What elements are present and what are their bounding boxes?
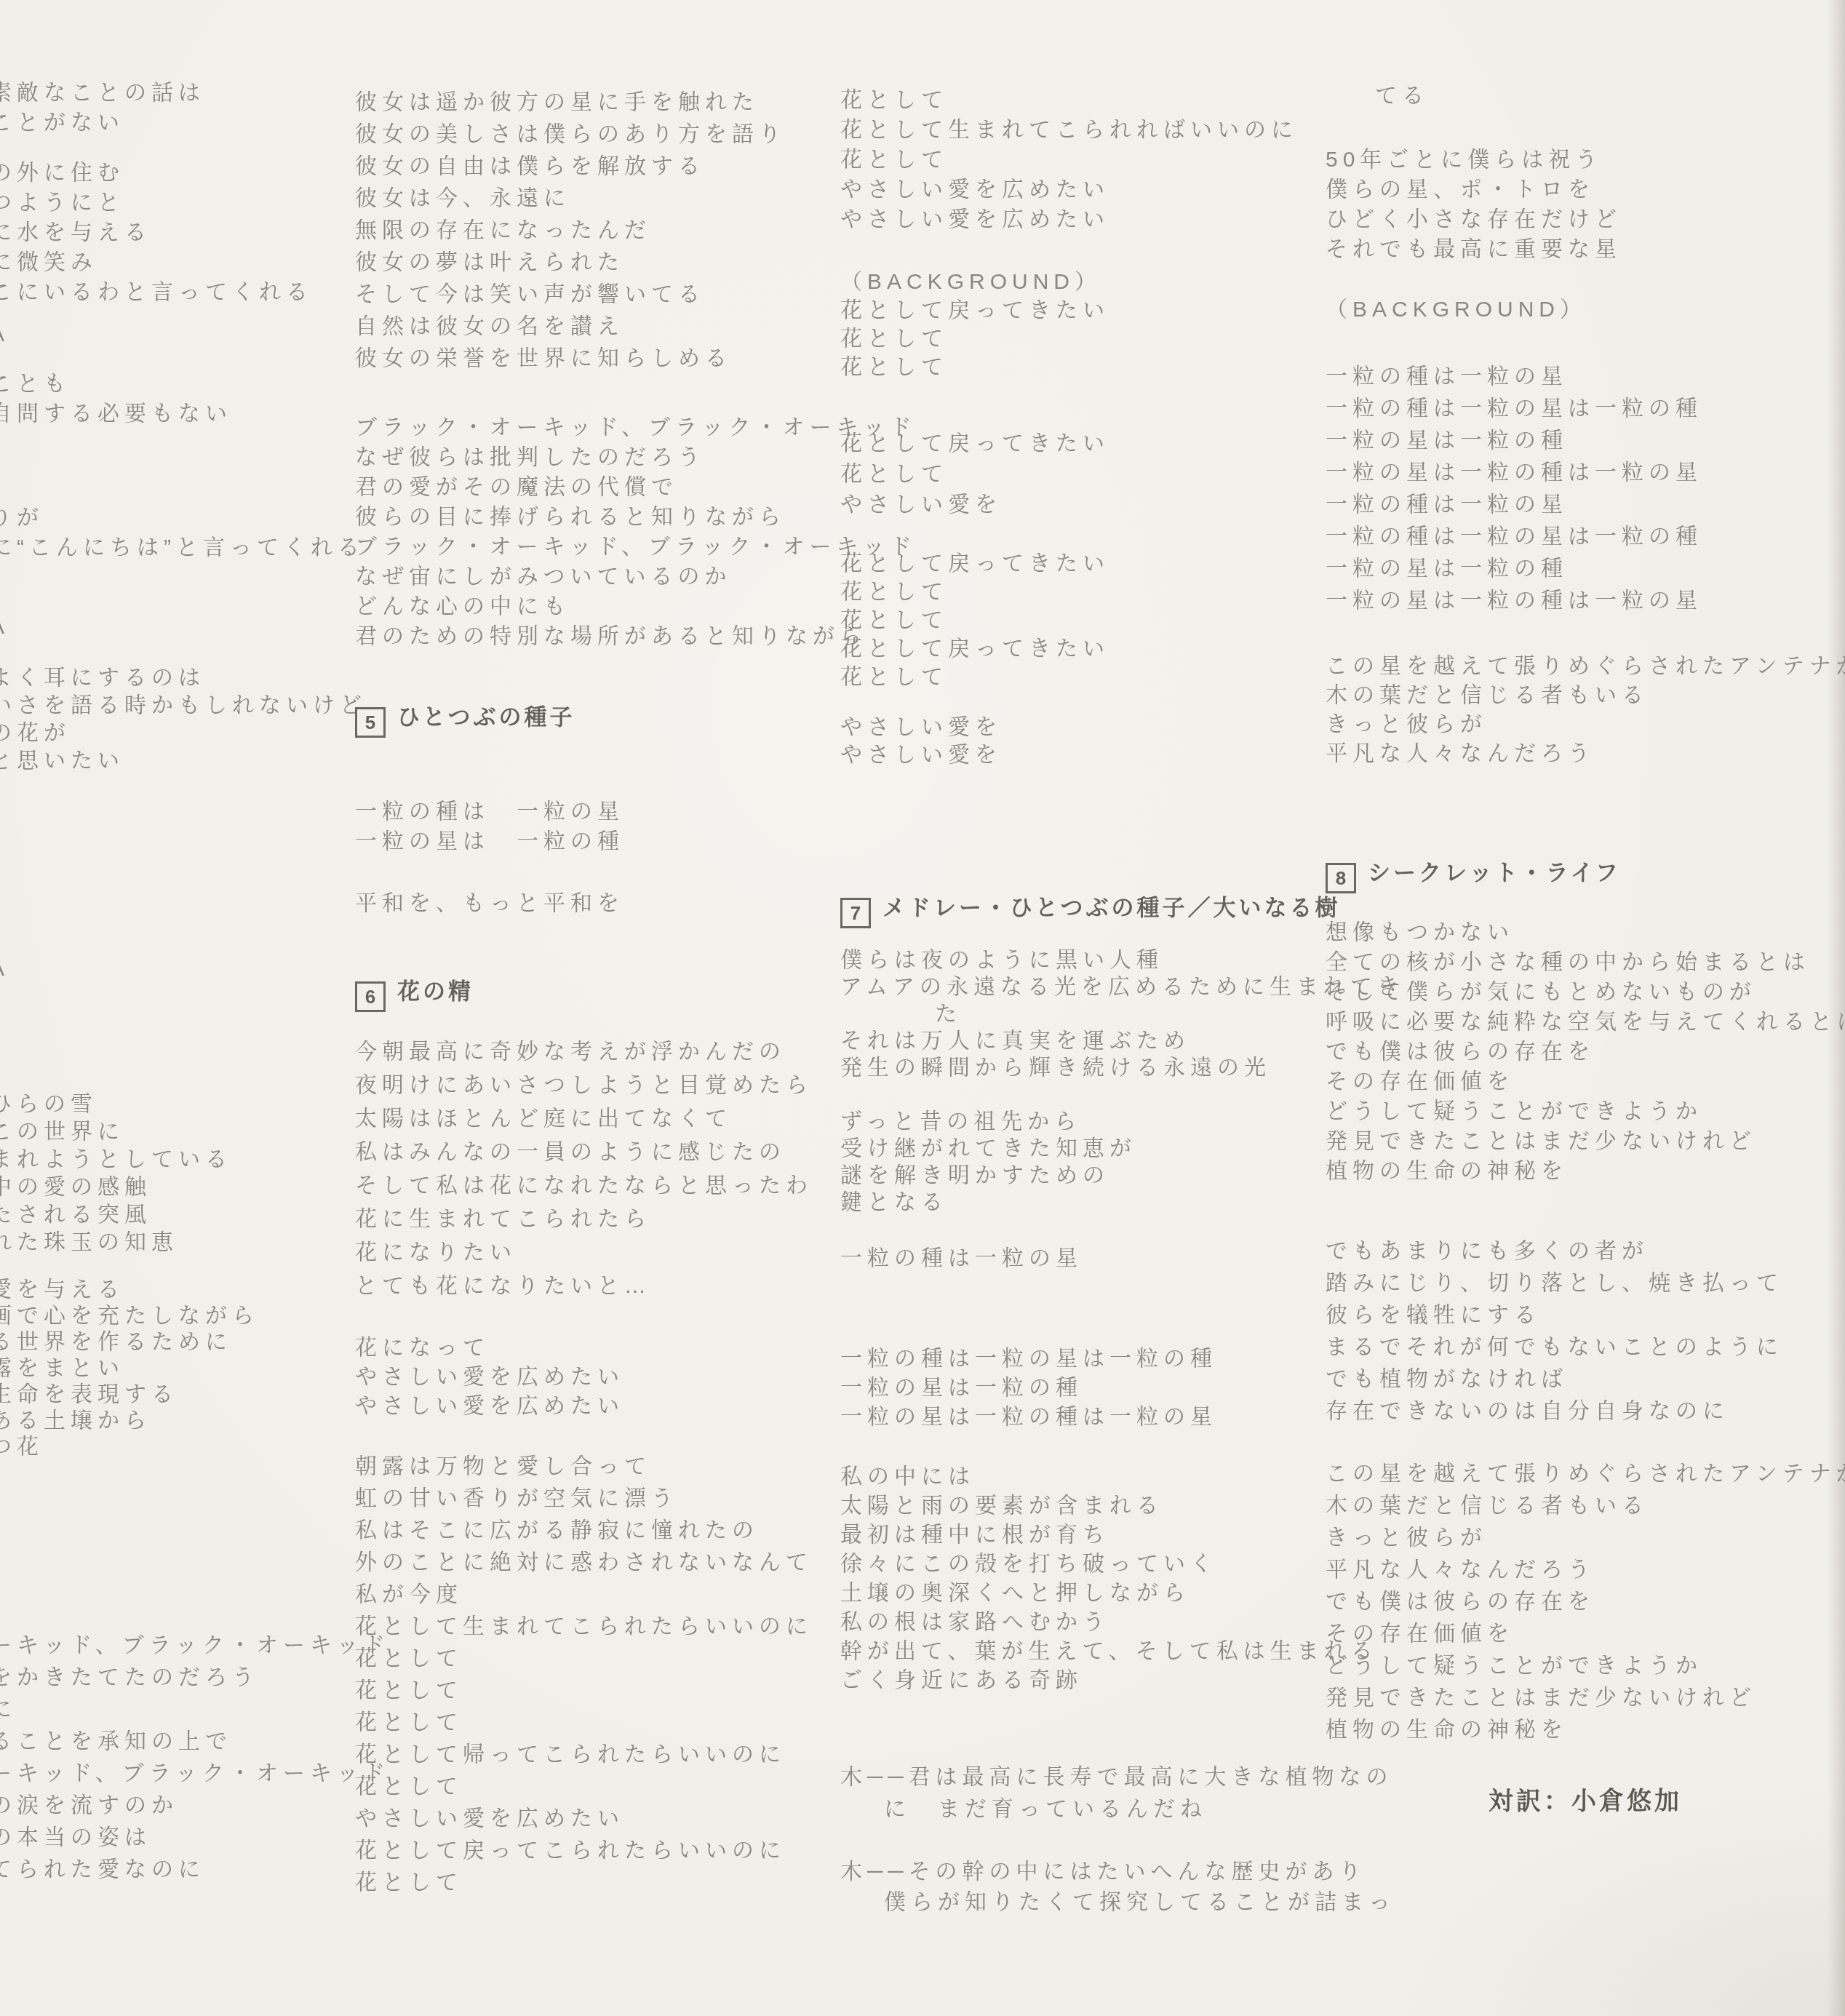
lyric-line: 一粒の星は 一粒の種 [355,827,624,856]
lyric-line: 木──君は最高に長寿で最高に大きな植物なの [840,1763,1393,1792]
lyric-line: 自然は彼女の名を讃え [355,312,624,341]
lyric-line: どうして疑うことができようか [1326,1097,1702,1126]
lyric-line: まれようとしている [0,1145,232,1174]
lyric-line: 一粒の種は一粒の星 [1326,490,1568,519]
lyric-line: に“こんにちは”と言ってくれる [0,533,364,562]
lyric-line: それは万人に真実を運ぶため [840,1027,1190,1056]
lyric-line: 植物の生命の神秘を [1326,1157,1568,1186]
lyric-line: 一粒の星は一粒の種 [1326,426,1568,455]
lyric-line: でも僕は彼らの存在を [1326,1587,1595,1617]
lyric-line: 木の葉だと信じる者もいる [1326,1491,1649,1521]
lyric-line: いさを語る時かもしれないけど [0,691,367,720]
lyric-line: をかきたてたのだろう [0,1663,259,1692]
lyric-line: この世界に [0,1117,124,1147]
lyric-line: やさしい愛を広めたい [840,205,1109,234]
lyric-line: 花として [355,1772,463,1801]
lyric-line: る世界を作るために [0,1328,232,1357]
lyric-line: たされる突風 [0,1200,151,1230]
lyric-line: 発見できたことはまだ少ないけれど [1326,1127,1756,1156]
lyric-line: 夜明けにあいさつしようと目覚めたら [355,1071,813,1100]
lyric-line: よく耳にするのは [0,664,205,693]
lyric-line: 受け継がれてきた知恵が [840,1134,1136,1163]
track-title: 5ひとつぶの種子 [355,703,575,738]
lyric-line: ブラック・オーキッド、ブラック・オーキッド [355,413,917,442]
lyric-line: ーキッド、ブラック・オーキッド [0,1631,391,1660]
lyric-line: 僕らは夜のように黒い人種 [840,946,1163,975]
lyric-line: に [0,1695,17,1724]
track-title-text: ひとつぶの種子 [397,704,575,730]
lyric-line: ることを承知の上で [0,1727,232,1756]
lyric-line: ある土壌から [0,1406,151,1435]
lyric-line: ずっと昔の祖先から [840,1107,1081,1136]
lyric-line: 彼女は今、永遠に [355,184,570,213]
lyric-line: 僕らが知りたくて探究してることが詰まっ [840,1888,1395,1917]
lyric-line: 花になって [355,1334,490,1363]
lyric-line: やさしい愛を広めたい [355,1804,624,1833]
lyric-line: 今朝最高に奇妙な考えが浮かんだの [355,1037,786,1067]
lyric-line: きっと彼らが [1326,710,1487,739]
lyric-line: とても花になりたいと… [355,1272,651,1301]
lyric-line: 彼らを犠牲にする [1326,1301,1541,1330]
lyric-line: やさしい愛を [840,713,1002,742]
lyric-line: 私はみんなの一員のように感じたの [355,1138,786,1167]
lyric-line: そして今は笑い声が響いてる [355,280,705,309]
track-title-text: 花の精 [397,979,474,1004]
lyric-line: 花として [840,578,948,607]
lyric-line: どんな心の中にも [355,592,570,621]
lyric-line: 謎を解き明かすための [840,1161,1109,1190]
lyric-line: 花として [355,1644,463,1673]
lyric-line: 花として [840,460,948,489]
lyric-line: 一粒の星は一粒の種は一粒の星 [840,1403,1217,1432]
column-3: 花として花として生まれてこられればいいのに花としてやさしい愛を広めたいやさしい愛… [840,0,1320,2016]
lyric-line: れた珠玉の知恵 [0,1228,178,1257]
lyric-line: A [0,320,9,349]
lyric-line: の花が [0,719,71,748]
lyric-line: ひらの雪 [0,1090,97,1119]
track-title: 6花の精 [355,977,474,1012]
lyric-line: ことも [0,370,71,399]
lyric-line: 花として [840,606,948,635]
lyric-line: 幹が出て、葉が生えて、そして私は生まれる [840,1637,1378,1666]
lyric-line: この星を越えて張りめぐらされたアンテナが [1326,1459,1845,1489]
lyric-line: 私の中には [840,1462,975,1491]
lyric-line: 発生の瞬間から輝き続ける永遠の光 [840,1053,1271,1083]
lyric-line: 君の愛がその魔法の代償で [355,473,678,502]
column-2: 彼女は遥か彼方の星に手を触れた彼女の美しさは僕らのあり方を語り彼女の自由は僕らを… [355,0,835,2016]
lyric-line: てる [1326,81,1429,111]
lyric-line: 自問する必要もない [0,399,232,429]
lyric-line: 花として [355,1708,463,1737]
lyric-line: やさしい愛を広めたい [355,1392,624,1421]
lyric-line: A [0,955,9,984]
lyric-line: 画で心を充たしながら [0,1302,259,1331]
lyric-line: 50年ごとに僕らは祝う [1326,146,1602,175]
lyric-line: 無限の存在になったんだ [355,216,651,245]
lyric-line: そして私は花になれたならと思ったわ [355,1171,813,1200]
lyric-line: でも植物がなければ [1326,1365,1568,1394]
track-title-text: シークレット・ライフ [1368,860,1621,885]
lyric-line: 想像もつかない [1326,918,1514,947]
lyric-line: 一粒の種は一粒の星は一粒の種 [1326,522,1702,551]
column-4: てる50年ごとに僕らは祝う僕らの星、ポ・トロをひどく小さな存在だけどそれでも最高… [1326,0,1835,2016]
lyric-line: 彼女は遥か彼方の星に手を触れた [355,88,759,117]
lyric-line: 私が今度 [355,1580,463,1609]
lyric-line: まるでそれが何でもないことのように [1326,1333,1783,1362]
lyric-line: 平凡な人々なんだろう [1326,739,1595,768]
track-number-box: 5 [355,707,386,738]
lyric-line: に まだ育っているんだね [840,1795,1207,1824]
lyric-line: ひどく小さな存在だけど [1326,205,1622,234]
lyric-line: 土壌の奥深くへと押しながら [840,1579,1190,1608]
lyric-line: 彼女の夢は叶えられた [355,248,624,277]
lyric-line: 素敵なことの話は [0,79,205,108]
lyric-line: なぜ宙にしがみついているのか [355,562,731,591]
lyric-line: でも僕は彼らの存在を [1326,1037,1595,1067]
lyric-line: 私の根は家路へむかう [840,1608,1109,1637]
lyric-line: 植物の生命の神秘を [1326,1716,1568,1745]
lyric-line: 徐々にこの殻を打ち破っていく [840,1550,1217,1579]
lyric-line: 露をまとい [0,1354,124,1383]
column-1-cropped: 素敵なことの話はことがないの外に住むつようにとに水を与えるに微笑みこにいるわと言… [0,0,339,2016]
lyric-line: 僕らの星、ポ・トロを [1326,175,1595,204]
lyric-line: 一粒の種は一粒の星は一粒の種 [1326,394,1702,423]
lyric-line: 一粒の種は 一粒の星 [355,797,624,826]
lyric-line: やさしい愛を [840,741,1002,770]
lyric-line: 花として戻ってきたい [840,296,1109,325]
lyric-line: に微笑み [0,248,97,277]
lyric-line: きっと彼らが [1326,1523,1487,1553]
lyric-line: 一粒の種は一粒の星 [1326,362,1568,391]
lyric-line: それでも最高に重要な星 [1326,235,1622,264]
lyric-line: 花に生まれてこられたら [355,1205,651,1234]
lyric-line: 太陽と雨の要素が含まれる [840,1491,1163,1521]
track-number-box: 7 [840,898,871,928]
lyric-line: 平凡な人々なんだろう [1326,1555,1595,1585]
lyric-line: 一粒の星は一粒の種 [1326,554,1568,583]
lyric-line: やさしい愛を [840,490,1002,519]
lyric-line: 彼女の自由は僕らを解放する [355,152,705,181]
lyric-line: 花として [840,353,948,382]
lyric-line: アムアの永遠なる光を広めるために生まれてき [840,973,1404,1002]
lyric-line: ブラック・オーキッド、ブラック・オーキッド [355,533,917,562]
lyric-line: その存在価値を [1326,1067,1514,1096]
lyric-line: てられた愛なのに [0,1855,205,1884]
lyric-line: つようにと [0,188,124,218]
track-title-text: メドレー・ひとつぶの種子／大いなる樹 [882,895,1340,920]
lyric-line: 花として [840,663,948,692]
lyric-line: ーキッド、ブラック・オーキッド [0,1759,391,1788]
lyric-line: 花になりたい [355,1238,517,1267]
lyrics-canvas: 対訳：小倉悠加 素敵なことの話はことがないの外に住むつようにとに水を与えるに微笑… [0,0,1845,2016]
lyric-line: りが [0,503,44,533]
lyric-line: た [840,1000,962,1029]
lyric-line: 花として戻ってきたい [840,549,1109,578]
lyric-line: 中の愛の感触 [0,1173,151,1202]
lyric-line: 花として [355,1868,463,1897]
lyric-line: 彼女の美しさは僕らのあり方を語り [355,120,786,149]
lyric-line: 踏みにじり、切り落とし、焼き払って [1326,1269,1783,1298]
lyric-line: 花として戻ってきたい [840,634,1109,664]
track-title: 7メドレー・ひとつぶの種子／大いなる樹 [840,893,1340,928]
lyric-line: 花として戻ってきたい [840,429,1109,458]
lyric-line: に水を与える [0,218,151,247]
track-title: 8シークレット・ライフ [1326,858,1621,893]
lyric-line: ことがない [0,108,124,138]
lyric-line: なぜ彼らは批判したのだろう [355,443,705,472]
lyric-line: 一粒の種は一粒の星 [840,1244,1083,1273]
lyric-line: 私はそこに広がる静寂に憧れたの [355,1516,759,1545]
lyric-line: の本当の姿は [0,1823,151,1852]
lyric-line: 一粒の種は一粒の星は一粒の種 [840,1344,1217,1374]
lyric-line: の涙を流すのか [0,1791,178,1820]
lyric-line: こにいるわと言ってくれる [0,278,313,307]
lyric-line: 君のための特別な場所があると知りながら [355,622,866,651]
track-number-box: 6 [355,981,386,1012]
lyric-line: 花として [355,1676,463,1705]
lyric-line: 花として戻ってこられたらいいのに [355,1836,786,1865]
lyric-line: 生命を表現する [0,1380,178,1409]
lyric-line: 愛を与える [0,1275,124,1304]
lyric-line: 彼女の栄誉を世界に知らしめる [355,344,732,373]
lyric-line: （BACKGROUND） [1326,295,1587,324]
lyric-line: やさしい愛を広めたい [840,175,1109,204]
lyric-line: 存在できないのは自分自身なのに [1326,1397,1729,1426]
lyric-line: 全ての核が小さな種の中から始まるとは [1326,948,1810,977]
lyric-line: ごく身近にある奇跡 [840,1666,1083,1695]
lyric-line: 一粒の星は一粒の種 [840,1374,1083,1403]
lyric-line: 花として [840,324,948,354]
lyric-line: 呼吸に必要な純粋な空気を与えてくれるとは [1326,1008,1845,1037]
lyric-line: 花として生まれてこられればいいのに [840,116,1298,145]
lyric-line: 彼らの目に捧げられると知りながら [355,503,786,532]
lyric-line: 太陽はほとんど庭に出てなくて [355,1104,732,1133]
scanned-lyrics-page: { "page": { "width": 2536, "height": 277… [0,0,1845,2016]
lyric-line: 虹の甘い香りが空気に漂う [355,1484,678,1513]
lyric-line: 木──その幹の中にはたいへんな歴史があり [840,1857,1366,1886]
lyric-line: 鍵となる [840,1188,948,1217]
lyric-line: でもあまりにも多くの者が [1326,1237,1649,1266]
lyric-line: と思いたい [0,746,124,776]
lyric-line: 朝露は万物と愛し合って [355,1452,651,1481]
lyric-line: 外のことに絶対に惑わされないなんて [355,1548,813,1577]
lyric-line: 木の葉だと信じる者もいる [1326,681,1649,710]
lyric-line: 平和を、もっと平和を [355,889,624,918]
lyric-line: 一粒の星は一粒の種は一粒の星 [1326,586,1702,615]
lyric-line: 花として [840,86,948,115]
lyric-line: この星を越えて張りめぐらされたアンテナが [1326,652,1845,681]
lyric-line: その存在価値を [1326,1619,1514,1649]
lyric-line: A [0,613,9,642]
track-number-box: 8 [1326,863,1356,893]
lyric-line: （BACKGROUND） [840,268,1101,297]
lyric-line: 一粒の星は一粒の種は一粒の星 [1326,458,1702,487]
lyric-line: つ花 [0,1433,44,1462]
lyric-line: 花として生まれてこられたらいいのに [355,1612,813,1641]
lyric-line: 発見できたことはまだ少ないけれど [1326,1684,1756,1713]
lyric-line: 花として [840,146,948,175]
lyric-line: 最初は種中に根が育ち [840,1521,1109,1550]
lyric-line: そして僕らが気にもとめないものが [1326,978,1756,1007]
lyric-line: どうして疑うことができようか [1326,1652,1702,1681]
lyric-line: の外に住む [0,159,124,188]
lyric-line: 花として帰ってこられたらいいのに [355,1740,786,1769]
lyric-line: やさしい愛を広めたい [355,1363,624,1392]
